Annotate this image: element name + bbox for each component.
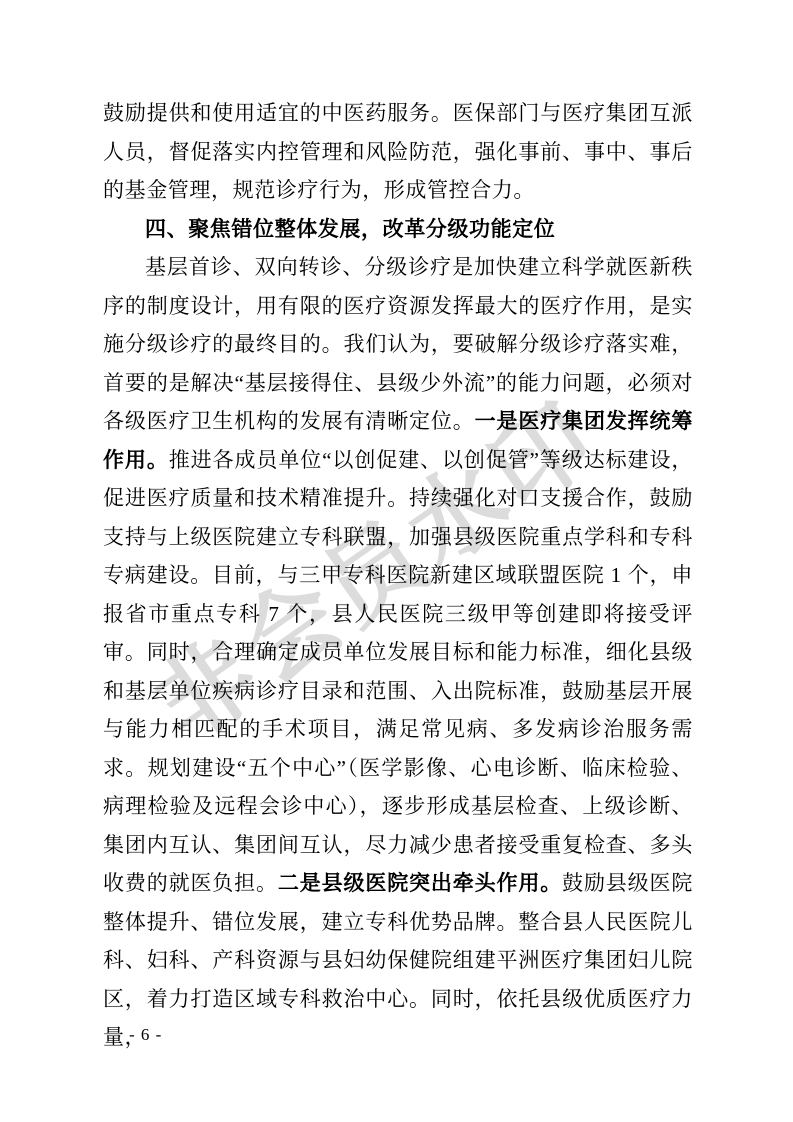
document-body: 鼓励提供和使用适宜的中医药服务。医保部门与医疗集团互派人员，督促落实内控管理和风…	[103, 94, 693, 1057]
document-page: 非会员水印 鼓励提供和使用适宜的中医药服务。医保部门与医疗集团互派人员，督促落实…	[0, 0, 793, 1122]
text-run: 推进各成员单位“以创促建、以创促管”等级达标建设，促进医疗质量和技术精准提升。持…	[103, 448, 693, 896]
section-heading: 四、聚焦错位整体发展，改革分级功能定位	[103, 210, 693, 249]
body-paragraph: 鼓励提供和使用适宜的中医药服务。医保部门与医疗集团互派人员，督促落实内控管理和风…	[103, 94, 693, 210]
body-paragraph: 基层首诊、双向转诊、分级诊疗是加快建立科学就医新秩序的制度设计，用有限的医疗资源…	[103, 248, 693, 1057]
page-number: - 6 -	[129, 1025, 162, 1045]
text-run: 鼓励县级医院整体提升、错位发展，建立专科优势品牌。整合县人民医院儿科、妇科、产科…	[103, 871, 693, 1049]
emphasis-text-run: 四、聚焦错位整体发展，改革分级功能定位	[145, 217, 555, 241]
emphasis-text-run: 二是县级医院突出牵头作用。	[278, 871, 562, 895]
text-run: 基层首诊、双向转诊、分级诊疗是加快建立科学就医新秩序的制度设计，用有限的医疗资源…	[103, 255, 693, 433]
text-run: 鼓励提供和使用适宜的中医药服务。医保部门与医疗集团互派人员，督促落实内控管理和风…	[103, 101, 693, 202]
